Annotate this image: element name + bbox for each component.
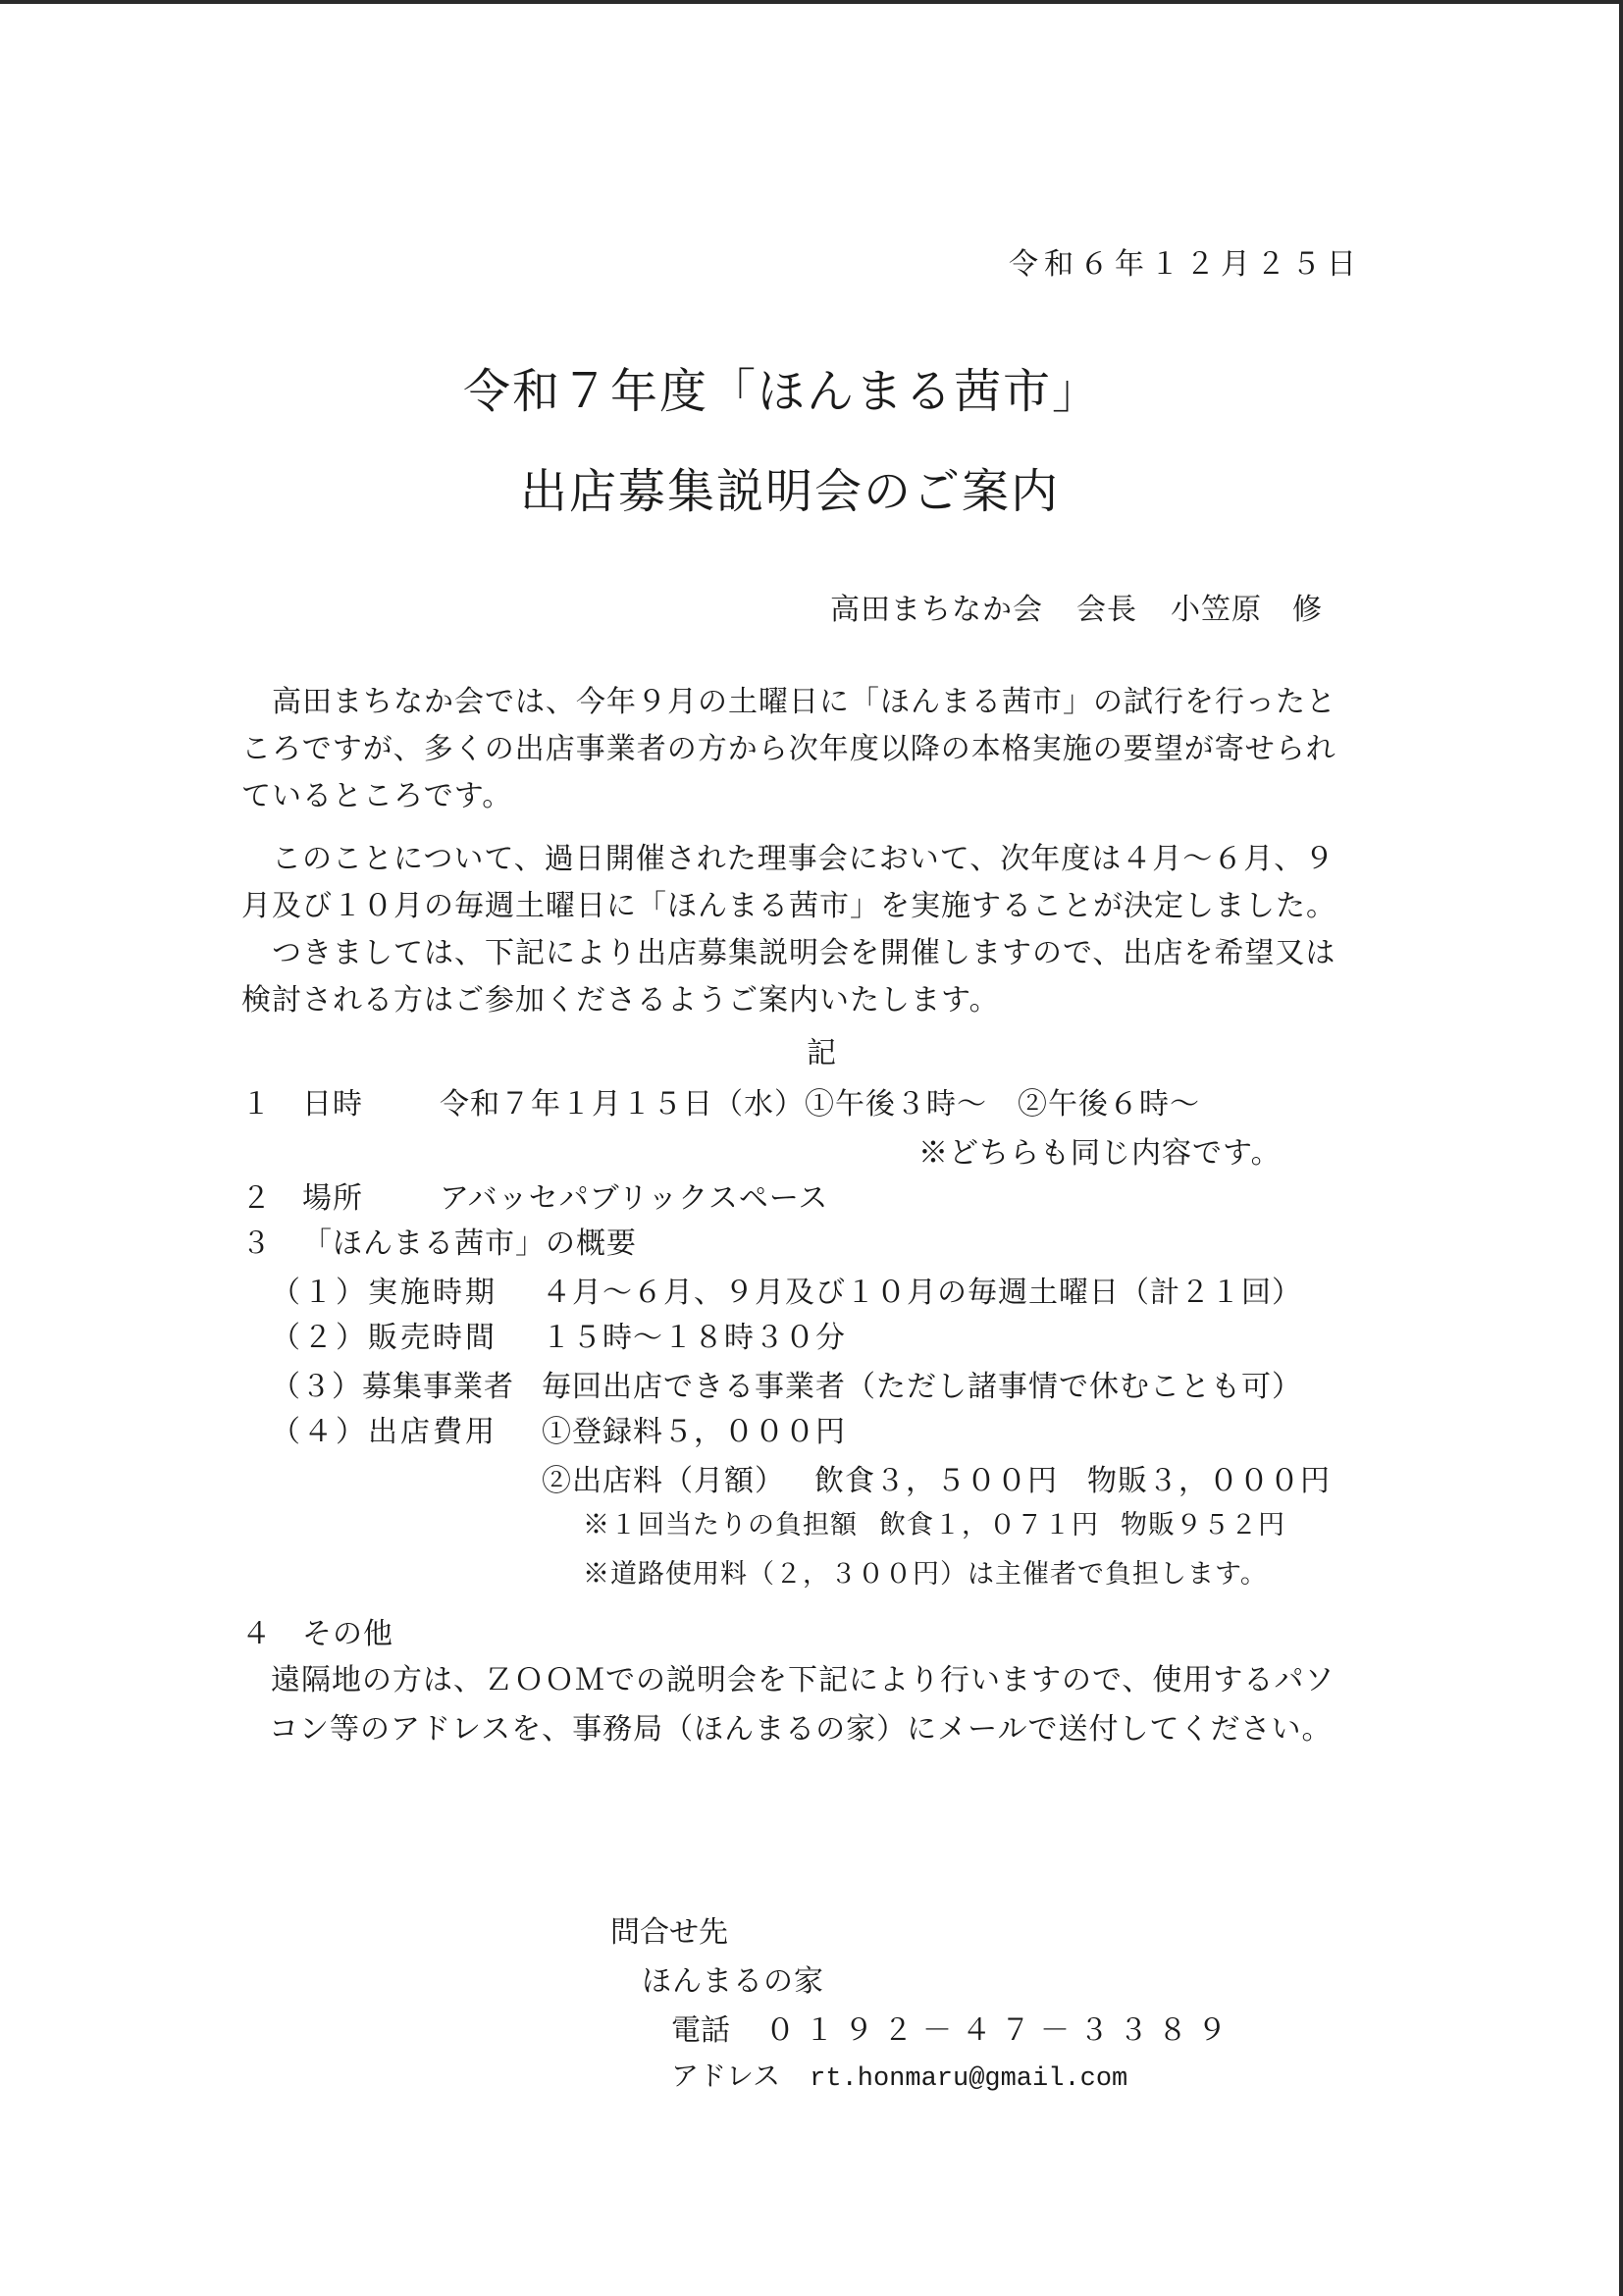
subitem-value: 毎回出店できる事業者（ただし諸事情で休むことも可）: [542, 1370, 1302, 1404]
item-datetime: １日時令和７年１月１５日（水）①午後３時～ ②午後６時～: [241, 1079, 1200, 1122]
subitem-label: （３）募集事業者: [271, 1362, 542, 1405]
item-label: その他: [302, 1617, 393, 1651]
scan-edge-right: [1619, 0, 1623, 2296]
phone-label: 電話: [671, 2013, 730, 2048]
item-number: １: [241, 1079, 302, 1122]
subitem-label: （１）実施時期: [271, 1268, 542, 1311]
paragraph-intro: 高田まちなか会では、今年９月の土曜日に「ほんまる茜市」の試行を行ったと ころです…: [241, 679, 1336, 820]
item-value: 令和７年１月１５日（水）①午後３時～ ②午後６時～: [440, 1087, 1200, 1122]
item-label: 「ほんまる茜市」の概要: [302, 1226, 637, 1261]
item-label: 場所: [302, 1174, 440, 1217]
item-number: ２: [241, 1174, 302, 1217]
contact-organization: ほんまるの家: [642, 1957, 824, 2000]
item-venue: ２場所アバッセパブリックスペース: [241, 1174, 828, 1217]
sender-position: 会長: [1076, 593, 1137, 627]
document-title-line2: 出店募集説明会のご案内: [520, 453, 1060, 521]
item-datetime-note: ※どちらも同じ内容です。: [918, 1128, 1282, 1172]
paragraph-line: このことについて、過日開催された理事会において、次年度は４月～６月、９: [241, 836, 1336, 883]
sender-line: 高田まちなか会会長小笠原 修: [830, 585, 1323, 628]
other-text-line: 遠隔地の方は、ＺＯＯＭでの説明会を下記により行いますので、使用するパソ: [271, 1656, 1335, 1705]
item-number: ４: [241, 1609, 302, 1652]
monthly-fee-label: ②出店料（月額）: [542, 1464, 785, 1498]
paragraph-line: つきましては、下記により出店募集説明会を開催しますので、出店を希望又は: [241, 930, 1335, 977]
subitem-label: （２）販売時間: [271, 1313, 542, 1356]
item-value: アバッセパブリックスペース: [440, 1181, 828, 1216]
contact-email: アドレスrt.honmaru@gmail.com: [671, 2055, 1127, 2094]
monthly-fee-food: 飲食３，５００円: [814, 1464, 1058, 1498]
item-other: ４その他: [241, 1609, 393, 1652]
item-number: ３: [241, 1219, 302, 1262]
scan-edge-top: [0, 0, 1623, 4]
document-title-line1: 令和７年度「ほんまる茜市」: [463, 353, 1101, 421]
paragraph-line: 月及び１０月の毎週土曜日に「ほんまる茜市」を実施することが決定しました。: [241, 883, 1336, 930]
sender-organization: 高田まちなか会: [830, 593, 1043, 627]
subitem-fees: （４）出店費用①登録料５，０００円: [271, 1407, 846, 1450]
email-address[interactable]: rt.honmaru@gmail.com: [810, 2064, 1127, 2094]
subitem-recruitment: （３）募集事業者毎回出店できる事業者（ただし諸事情で休むことも可）: [271, 1362, 1302, 1405]
paragraph-line: 高田まちなか会では、今年９月の土曜日に「ほんまる茜市」の試行を行ったと: [241, 679, 1336, 726]
phone-number: ０１９２－４７－３３８９: [765, 2013, 1236, 2048]
paragraph-line: ころですが、多くの出店事業者の方から次年度以降の本格実施の要望が寄せられ: [241, 726, 1336, 773]
subitem-label: （４）出店費用: [271, 1407, 542, 1450]
item-overview: ３「ほんまる茜市」の概要: [241, 1219, 637, 1262]
subitem-value: １５時～１８時３０分: [542, 1321, 846, 1355]
document-date: 令和６年１２月２５日: [1009, 239, 1362, 283]
monthly-fee-goods: 物販３，０００円: [1087, 1464, 1331, 1498]
ki-heading: 記: [807, 1028, 836, 1071]
contact-heading: 問合せ先: [610, 1907, 728, 1951]
email-label: アドレス: [671, 2060, 780, 2092]
subitem-value: ４月～６月、９月及び１０月の毎週土曜日（計２１回）: [542, 1276, 1302, 1310]
subitem-value: ①登録料５，０００円: [542, 1415, 846, 1449]
per-session-food: 飲食１，０７１円: [879, 1510, 1099, 1540]
paragraph-decision: このことについて、過日開催された理事会において、次年度は４月～６月、９ 月及び１…: [241, 836, 1336, 930]
fee-per-session-note: ※１回当たりの負担額飲食１，０７１円物販９５２円: [583, 1503, 1285, 1541]
item-other-text: 遠隔地の方は、ＺＯＯＭでの説明会を下記により行いますので、使用するパソ コン等の…: [271, 1656, 1335, 1754]
paragraph-line: ているところです。: [241, 773, 1336, 820]
per-session-label: ※１回当たりの負担額: [583, 1510, 858, 1540]
paragraph-invitation: つきましては、下記により出店募集説明会を開催しますので、出店を希望又は 検討され…: [241, 930, 1335, 1024]
road-fee-note: ※道路使用料（２，３００円）は主催者で負担します。: [583, 1552, 1268, 1591]
other-text-line: コン等のアドレスを、事務局（ほんまるの家）にメールで送付してください。: [269, 1705, 1335, 1754]
item-label: 日時: [302, 1079, 440, 1122]
contact-phone: 電話０１９２－４７－３３８９: [671, 2006, 1236, 2049]
per-session-goods: 物販９５２円: [1121, 1510, 1285, 1540]
subitem-hours: （２）販売時間１５時～１８時３０分: [271, 1313, 846, 1356]
subitem-fees-monthly: ②出店料（月額）飲食３，５００円物販３，０００円: [542, 1456, 1331, 1499]
paragraph-line: 検討される方はご参加くださるようご案内いたします。: [241, 977, 1335, 1024]
subitem-period: （１）実施時期４月～６月、９月及び１０月の毎週土曜日（計２１回）: [271, 1268, 1302, 1311]
sender-name: 小笠原 修: [1171, 593, 1323, 627]
